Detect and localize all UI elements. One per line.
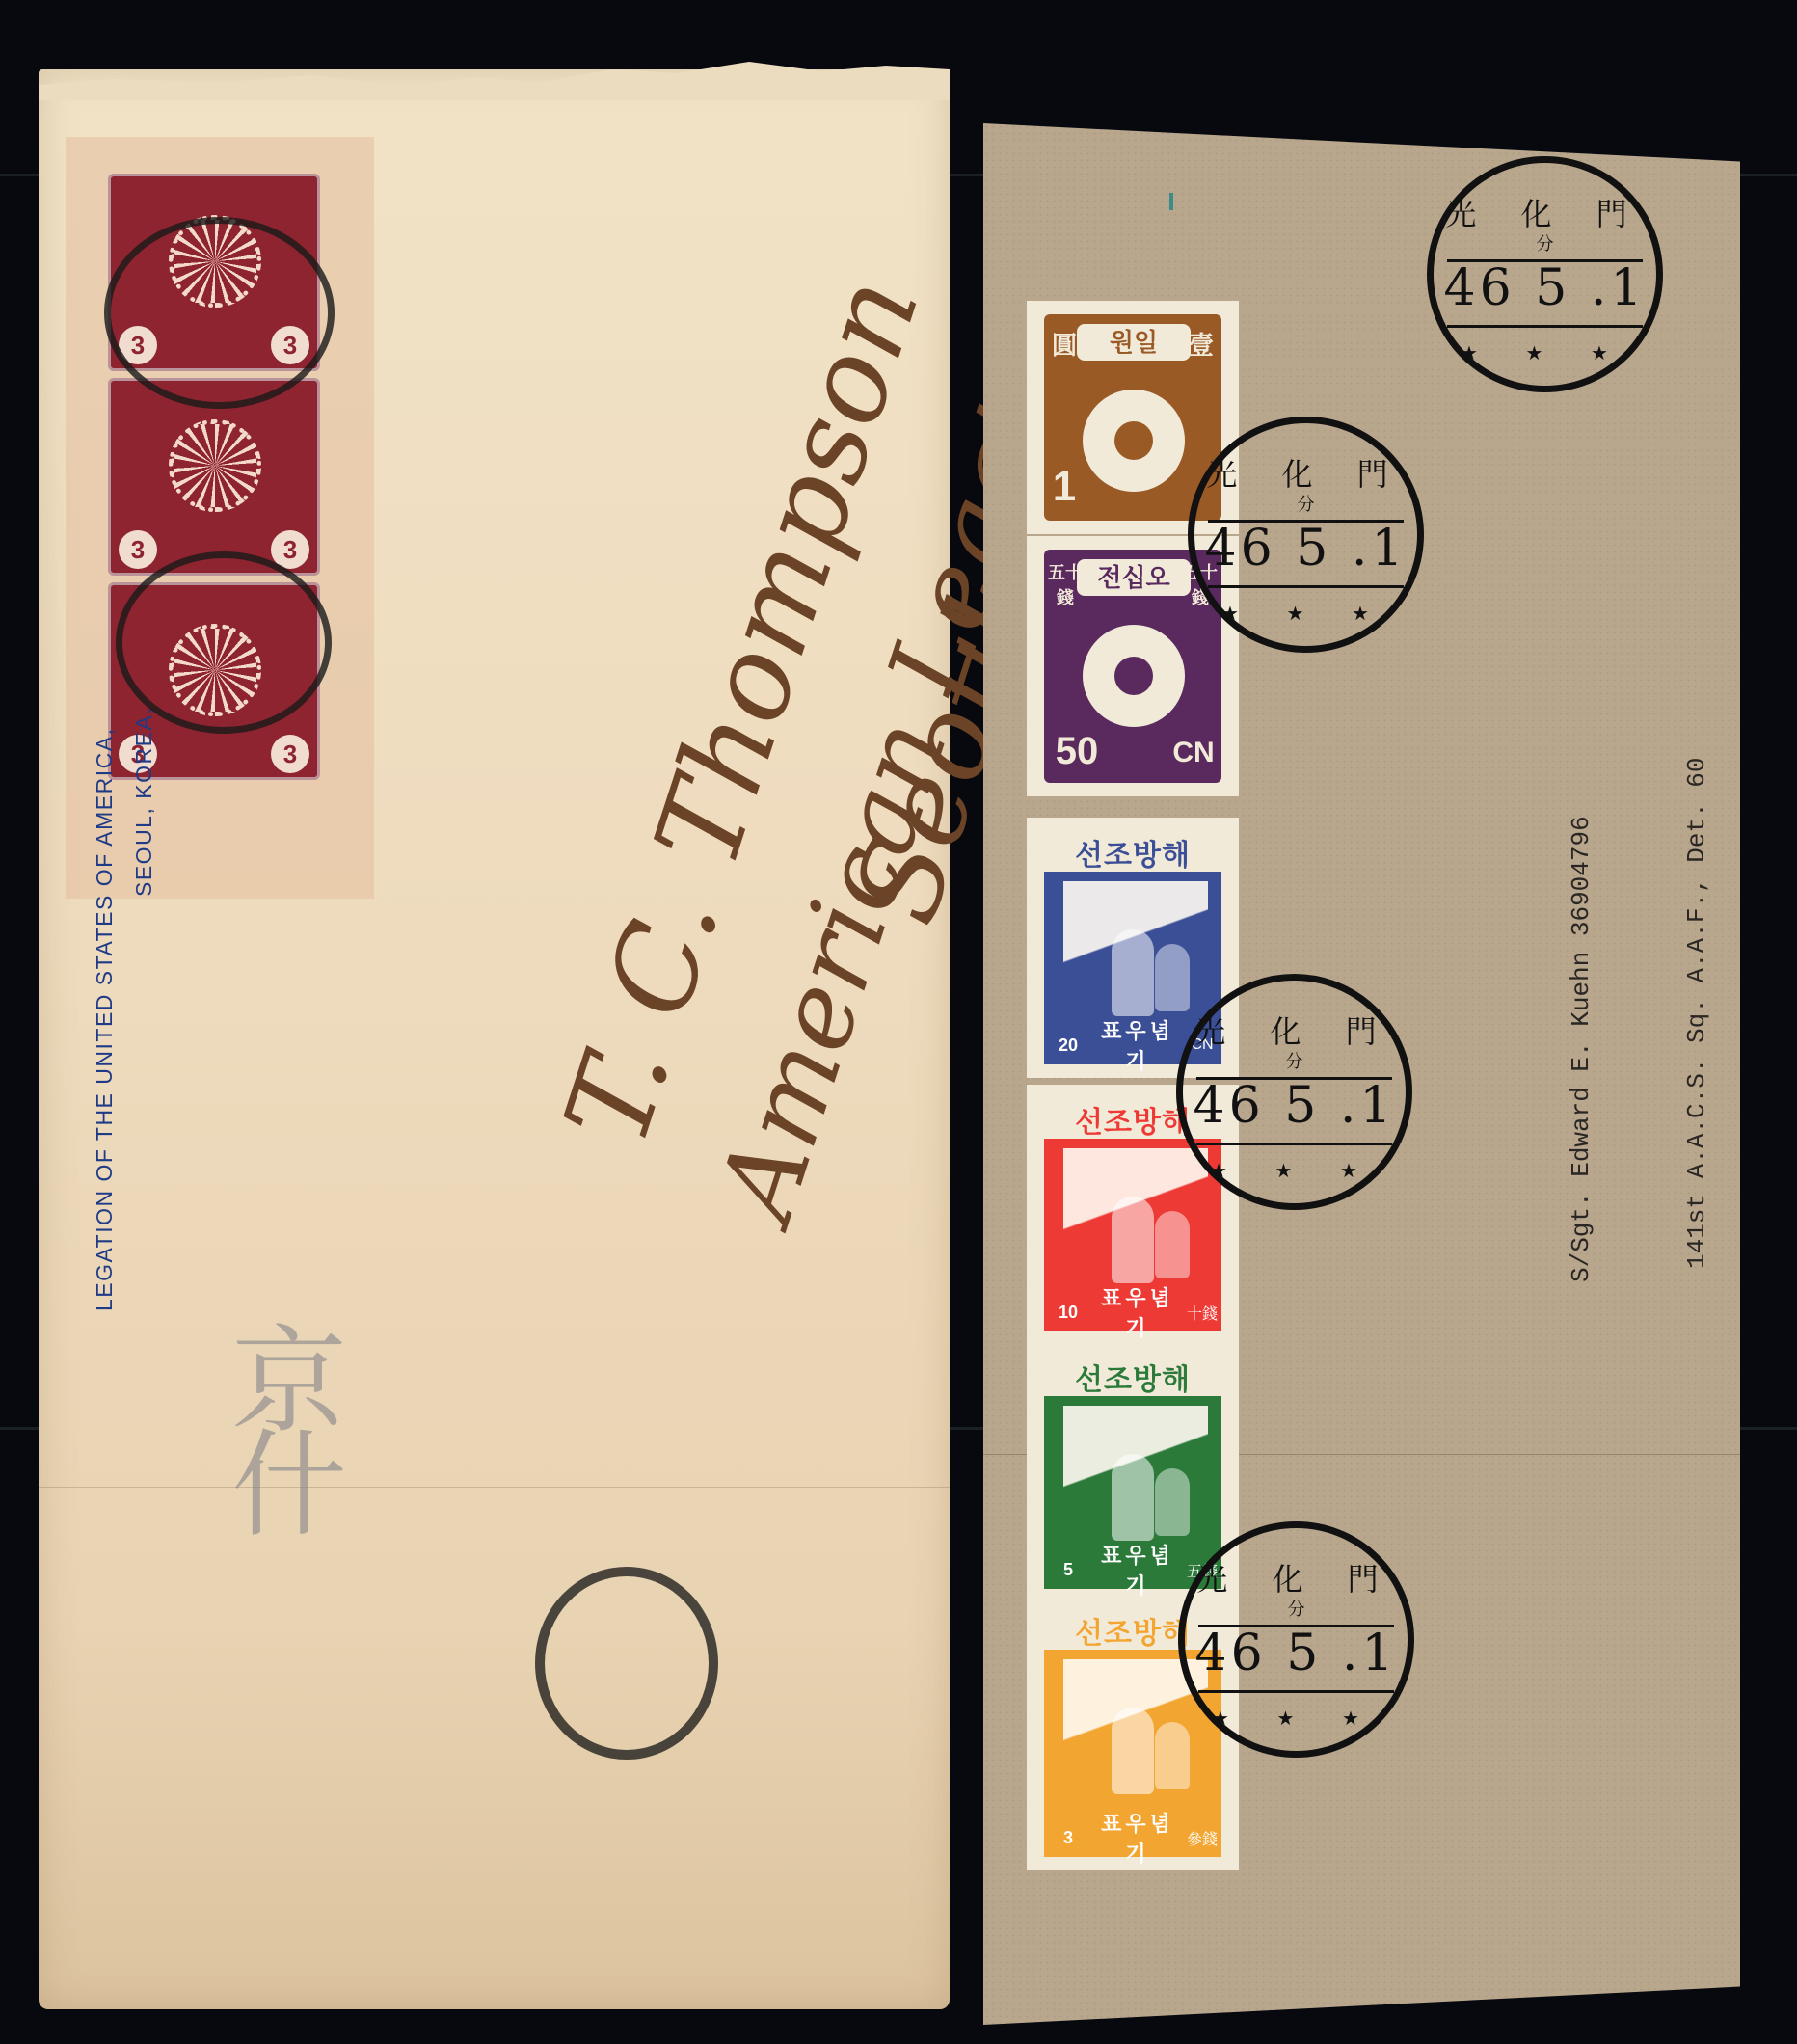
stamp-top-text: 선조방해 (1044, 831, 1221, 874)
postmark-sub: 分 (1183, 1048, 1406, 1073)
stamp-side-text: 十錢 (1183, 1302, 1221, 1324)
postmark-place: 光 化 門 (1183, 1008, 1406, 1052)
stamp-bottom-text: 표우념기 (1092, 1540, 1183, 1600)
taegeuk-emblem-icon (1083, 625, 1185, 727)
stamp-value: 3 (1044, 1828, 1092, 1848)
figure-icon (1112, 1197, 1154, 1283)
postmark-date: 46 5 .1 (1434, 259, 1656, 317)
postmark-place: 光 化 門 (1185, 1555, 1408, 1600)
postmark-date: 46 5 .1 (1194, 520, 1417, 578)
postmark-place: 光 化 門 (1194, 450, 1417, 495)
corner-card-line1: LEGATION OF THE UNITED STATES OF AMERICA… (92, 707, 118, 1311)
stamp-corner-text: 圓 (1048, 326, 1081, 362)
postmark: 光 化 門 分 46 5 .1 ★ ★ ★ (1188, 417, 1424, 653)
figure-icon (1112, 1454, 1154, 1541)
stamp-value: 5 (1044, 1560, 1092, 1580)
figure-icon (1155, 1211, 1190, 1278)
postmark-sub: 分 (1434, 230, 1656, 255)
fiber-speck (1169, 193, 1173, 210)
star-icons: ★ ★ ★ (1194, 602, 1417, 626)
chrysanthemum-icon (169, 419, 261, 512)
figure-icon (1155, 944, 1190, 1011)
receiving-postmark (535, 1567, 718, 1760)
fold-line (39, 1487, 950, 1488)
stamp-value: 50 (1048, 730, 1106, 773)
return-address-line3: A.P.O. 75 C/O Pm. San Francisco (1793, 758, 1797, 1283)
postmark: 光 化 門 分 46 5 .1 ★ ★ ★ (1427, 156, 1663, 392)
postmark: 光 化 門 分 46 5 .1 ★ ★ ★ (1178, 1521, 1414, 1758)
stamp-design: 五十錢 五十錢 전십오 50 CN (1044, 550, 1221, 783)
stamp-top-text: 전십오 (1077, 559, 1191, 596)
figure-icon (1112, 1708, 1154, 1794)
return-address-line1: S/Sgt. Edward E. Kuehn 36904796 (1562, 758, 1600, 1283)
stamp-value: 20 (1044, 1035, 1092, 1056)
stamp-top-text: 선조방해 (1044, 1356, 1221, 1398)
return-address-line2: 141st A.A.C.S. Sq. A.A.F., Det. 60 (1677, 758, 1716, 1283)
taegeuk-emblem-icon (1083, 390, 1185, 492)
postmark-date: 46 5 .1 (1185, 1625, 1408, 1682)
corner-card-line2: SEOUL, KOREA. (131, 707, 157, 1311)
stamp-value: 1 (1048, 463, 1081, 511)
stamp-value: 3 (271, 735, 309, 773)
star-icons: ★ ★ ★ (1434, 341, 1656, 365)
stamp-unit: CN (1169, 737, 1218, 769)
stamp-side-text: 參錢 (1183, 1827, 1221, 1849)
star-icons: ★ ★ ★ (1183, 1159, 1406, 1183)
figure-icon (1155, 1468, 1190, 1536)
figure-icon (1112, 929, 1154, 1016)
stamp-bottom-text: 표우념기 (1092, 1808, 1183, 1868)
star-icons: ★ ★ ★ (1185, 1707, 1408, 1731)
corner-card: LEGATION OF THE UNITED STATES OF AMERICA… (92, 707, 157, 1311)
stamp-value: 3 (119, 530, 157, 569)
stamp-top-text: 원일 (1077, 324, 1191, 361)
postmark: 光 化 門 分 46 5 .1 ★ ★ ★ (1176, 974, 1412, 1210)
postmark-place: 光 化 門 (1434, 190, 1656, 234)
cancel-postmark (104, 217, 335, 409)
return-address: S/Sgt. Edward E. Kuehn 36904796 141st A.… (1485, 758, 1797, 1283)
postmark-sub: 分 (1185, 1596, 1408, 1621)
pencil-notation: 京 什 (231, 1331, 366, 1539)
stamp-bottom-text: 표우념기 (1092, 1282, 1183, 1342)
postmark-sub: 分 (1194, 491, 1417, 516)
figure-icon (1155, 1722, 1190, 1789)
torn-top-edge (39, 62, 950, 100)
stamp-value: 10 (1044, 1303, 1092, 1323)
stamp-bottom-text: 표우념기 (1092, 1015, 1183, 1075)
postmark-date: 46 5 .1 (1183, 1077, 1406, 1135)
